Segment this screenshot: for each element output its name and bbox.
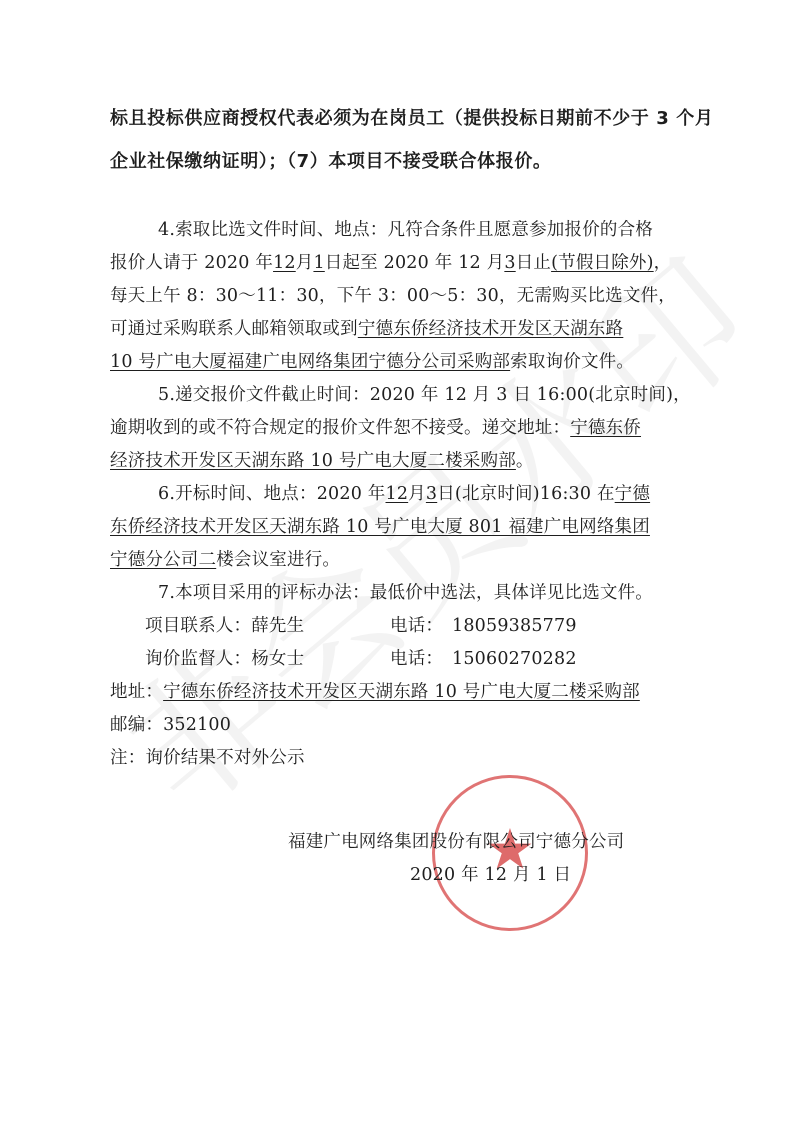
underlined-address: 宁德分公司二 (110, 550, 216, 570)
text: 日止 (516, 253, 551, 273)
underlined-address: 经济技术开发区天湖东路 10 号广电大厦二楼采购部 (110, 451, 516, 471)
underlined-day: 3 (426, 484, 437, 504)
underlined-address: 宁德东侨经济技术开发区天湖东路 (358, 319, 624, 339)
text: 楼会议室进行。 (216, 550, 340, 570)
text: 日起至 2020 年 12 月 (325, 253, 505, 273)
underlined-day: 3 (504, 253, 515, 273)
postcode: 邮编：352100 (110, 713, 231, 737)
contact-person: 项目联系人：薛先生 (145, 614, 304, 638)
underlined-address: 宁德东侨 (570, 418, 641, 438)
text: ， (654, 253, 672, 273)
supervisor-phone-label: 电话： (390, 647, 443, 671)
header-line-2: 企业社保缴纳证明）；（7）本项目不接受联合体报价。 (110, 150, 552, 174)
text: 逾期收到的或不符合规定的报价文件恕不接受。递交地址： (110, 418, 570, 438)
section4-line-5: 10 号广电大厦福建广电网络集团宁德分公司采购部索取询价文件。 (110, 350, 634, 374)
section6-line-1: 6.开标时间、地点：2020 年12月3日(北京时间)16:30 在宁德 (158, 482, 650, 506)
underlined-month: 12 (273, 253, 296, 273)
note: 注：询价结果不对外公示 (110, 746, 305, 770)
supervisor-phone: 15060270282 (452, 647, 577, 671)
underlined-month: 12 (386, 484, 409, 504)
contact-phone: 18059385779 (452, 614, 577, 638)
section4-line-1: 4.索取比选文件时间、地点：凡符合条件且愿意参加报价的合格 (158, 218, 653, 242)
header-line-1: 标且投标供应商授权代表必须为在岗员工（提供投标日期前不少于 3 个月 (110, 107, 713, 131)
section6-line-3: 宁德分公司二楼会议室进行。 (110, 548, 340, 572)
section5-line-2: 逾期收到的或不符合规定的报价文件恕不接受。递交地址：宁德东侨 (110, 416, 641, 440)
underlined-day: 1 (313, 253, 324, 273)
section5-line-1: 5.递交报价文件截止时间：2020 年 12 月 3 日 16:00(北京时间)… (158, 383, 691, 407)
text: 月 (408, 484, 426, 504)
section4-line-2: 报价人请于 2020 年12月1日起至 2020 年 12 月3日止(节假日除外… (110, 251, 671, 275)
section7-line-1: 7.本项目采用的评标办法：最低价中选法，具体详见比选文件。 (158, 581, 653, 605)
contact-phone-label: 电话： (390, 614, 443, 638)
address-value: 宁德东侨经济技术开发区天湖东路 10 号广电大厦二楼采购部 (163, 682, 640, 702)
section6-line-2: 东侨经济技术开发区天湖东路 10 号广电大厦 801 福建广电网络集团 (110, 515, 650, 539)
section4-line-3: 每天上午 8：30～11：30，下午 3：00～5：30，无需购买比选文件， (110, 284, 676, 308)
text: 可通过采购联系人邮箱领取或到 (110, 319, 358, 339)
text: 月 (296, 253, 314, 273)
section5-line-3: 经济技术开发区天湖东路 10 号广电大厦二楼采购部。 (110, 449, 534, 473)
text: 。 (516, 451, 534, 471)
text: 报价人请于 2020 年 (110, 253, 273, 273)
signature-company: 福建广电网络集团股份有限公司宁德分公司 (288, 830, 624, 854)
text: 日(北京时间)16:30 在 (437, 484, 614, 504)
section4-line-4: 可通过采购联系人邮箱领取或到宁德东侨经济技术开发区天湖东路 (110, 317, 623, 341)
text: 6.开标时间、地点：2020 年 (158, 484, 386, 504)
underlined-address: 宁德 (615, 484, 650, 504)
address-label: 地址： (110, 682, 163, 702)
underlined-address: 10 号广电大厦福建广电网络集团宁德分公司采购部 (110, 352, 510, 372)
supervisor-person: 询价监督人：杨女士 (145, 647, 304, 671)
underlined-holiday-note: (节假日除外) (551, 253, 654, 273)
address-line: 地址：宁德东侨经济技术开发区天湖东路 10 号广电大厦二楼采购部 (110, 680, 640, 704)
text: 索取询价文件。 (510, 352, 634, 372)
signature-date: 2020 年 12 月 1 日 (410, 863, 571, 887)
